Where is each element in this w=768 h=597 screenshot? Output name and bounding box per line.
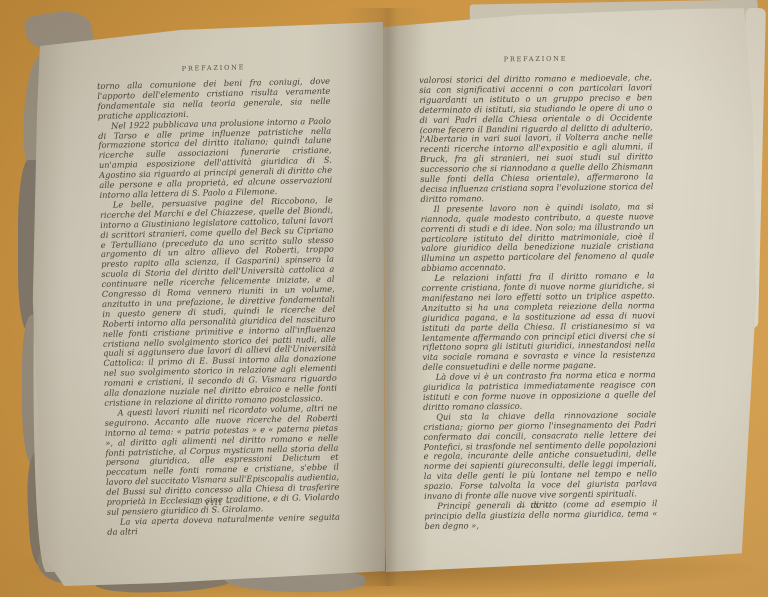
paragraph: Le belle, persuasive pagine del Riccobon…: [100, 196, 338, 409]
open-book-photo: PREFAZIONE torno alla comunione dei beni…: [0, 0, 768, 597]
paragraph: Qui sta la chiave della rinnovazione soc…: [423, 410, 657, 502]
left-page-text: torno alla comunione dei beni fra coniug…: [97, 77, 340, 538]
paragraph: valorosi storici del diritto romano e me…: [419, 73, 654, 205]
paragraph: Le relazioni infatti fra il diritto roma…: [421, 271, 655, 373]
paragraph: Il presente lavoro non è quindi isolato,…: [421, 202, 655, 274]
right-page-text: valorosi storici del diritto romano e me…: [419, 73, 658, 532]
paragraph: Là dove vi è un contrasto fra norma etic…: [423, 370, 656, 412]
paragraph: torno alla comunione dei beni fra coniug…: [97, 77, 331, 122]
paragraph: Nel 1922 pubblicava una prolusione intor…: [98, 116, 333, 201]
